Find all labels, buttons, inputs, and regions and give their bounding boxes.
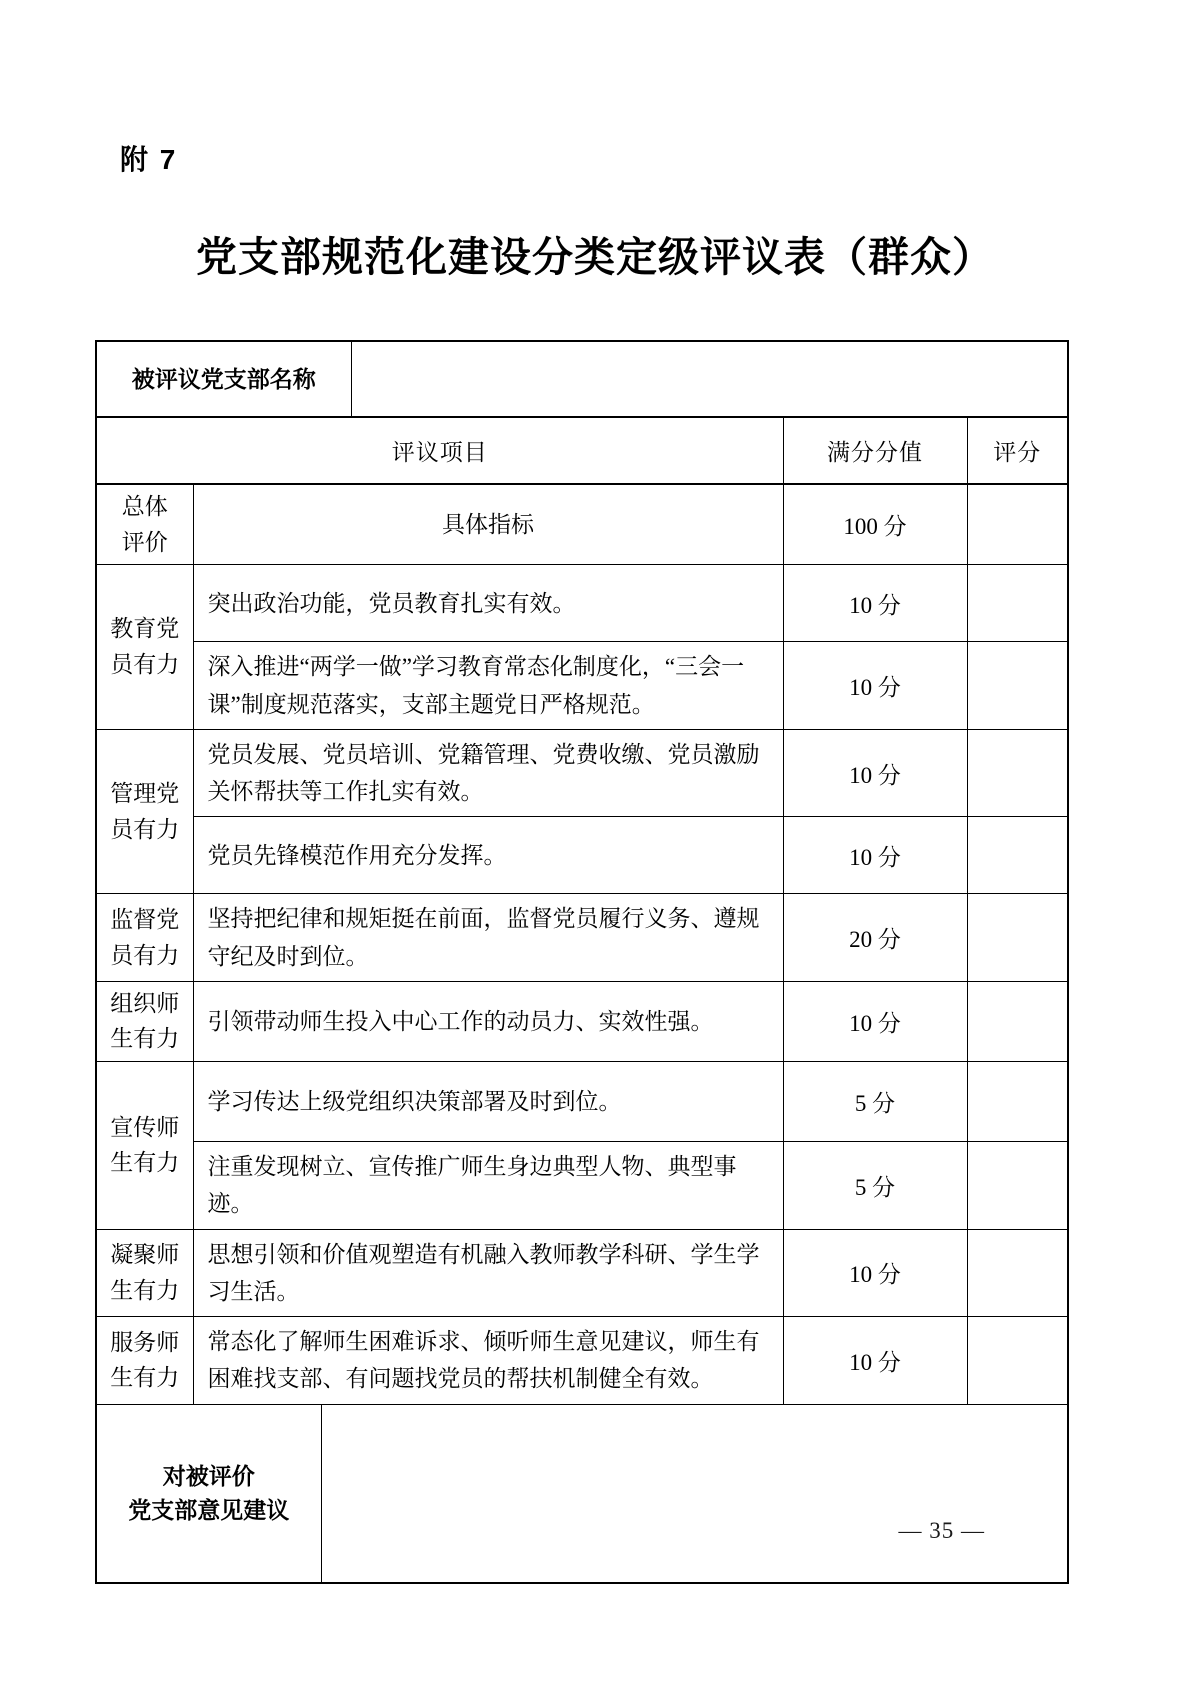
score-value	[967, 729, 1068, 817]
category-organize: 组织师 生有力	[96, 981, 193, 1061]
score-value	[967, 1229, 1068, 1317]
max-score-value: 10 分	[783, 1317, 967, 1405]
max-score-value: 10 分	[783, 565, 967, 642]
max-score-value: 10 分	[783, 642, 967, 730]
page-title: 党支部规范化建设分类定级评议表（群众）	[0, 224, 1190, 283]
branch-name-label: 被评议党支部名称	[96, 341, 351, 417]
indicator-text: 常态化了解师生困难诉求、倾听师生意见建议，师生有困难找支部、有问题找党员的帮扶机…	[193, 1317, 783, 1405]
category-publicize: 宣传师 生有力	[96, 1062, 193, 1230]
max-score-value: 100 分	[783, 484, 967, 565]
table-row: 管理党 员有力 党员发展、党员培训、党籍管理、党费收缴、党员激励关怀帮扶等工作扎…	[96, 729, 1068, 817]
indicator-text: 深入推进“两学一做”学习教育常态化制度化，“三会一课”制度规范落实，支部主题党日…	[193, 642, 783, 730]
category-serve: 服务师 生有力	[96, 1317, 193, 1405]
document-page: 附 7 党支部规范化建设分类定级评议表（群众） 被评议党支部名称 评议项目 满分…	[0, 0, 1190, 1683]
category-educate: 教育党 员有力	[96, 565, 193, 730]
max-score-value: 10 分	[783, 981, 967, 1061]
comment-label: 对被评价 党支部意见建议	[96, 1404, 321, 1583]
indicator-text: 学习传达上级党组织决策部署及时到位。	[193, 1062, 783, 1142]
column-header-score: 评分	[967, 417, 1068, 484]
score-value	[967, 1062, 1068, 1142]
score-value	[967, 642, 1068, 730]
indicator-text: 党员先锋模范作用充分发挥。	[193, 817, 783, 894]
column-header-item: 评议项目	[96, 417, 783, 484]
score-value	[967, 894, 1068, 982]
score-value	[967, 565, 1068, 642]
category-supervise: 监督党 员有力	[96, 894, 193, 982]
table-row: 深入推进“两学一做”学习教育常态化制度化，“三会一课”制度规范落实，支部主题党日…	[96, 642, 1068, 730]
table-row: 教育党 员有力 突出政治功能，党员教育扎实有效。 10 分	[96, 565, 1068, 642]
table-row: 党员先锋模范作用充分发挥。 10 分	[96, 817, 1068, 894]
table-row: 凝聚师 生有力 思想引领和价值观塑造有机融入教师教学科研、学生学习生活。 10 …	[96, 1229, 1068, 1317]
category-unite: 凝聚师 生有力	[96, 1229, 193, 1317]
category-overall: 总体 评价	[96, 484, 193, 565]
review-table: 被评议党支部名称 评议项目 满分分值 评分 总体 评价 具体指标 100 分 教…	[95, 340, 1069, 1584]
table-row: 监督党 员有力 坚持把纪律和规矩挺在前面，监督党员履行义务、遵规守纪及时到位。 …	[96, 894, 1068, 982]
category-manage: 管理党 员有力	[96, 729, 193, 894]
max-score-value: 5 分	[783, 1142, 967, 1230]
table-row: 宣传师 生有力 学习传达上级党组织决策部署及时到位。 5 分	[96, 1062, 1068, 1142]
indicator-text: 坚持把纪律和规矩挺在前面，监督党员履行义务、遵规守纪及时到位。	[193, 894, 783, 982]
table-row: 总体 评价 具体指标 100 分	[96, 484, 1068, 565]
column-header-max-score: 满分分值	[783, 417, 967, 484]
indicator-text: 引领带动师生投入中心工作的动员力、实效性强。	[193, 981, 783, 1061]
max-score-value: 10 分	[783, 729, 967, 817]
table-row: 组织师 生有力 引领带动师生投入中心工作的动员力、实效性强。 10 分	[96, 981, 1068, 1061]
attachment-label: 附 7	[120, 138, 177, 178]
indicator-text: 注重发现树立、宣传推广师生身边典型人物、典型事迹。	[193, 1142, 783, 1230]
page-number: — 35 —	[899, 1518, 986, 1544]
table-row: 注重发现树立、宣传推广师生身边典型人物、典型事迹。 5 分	[96, 1142, 1068, 1230]
score-value	[967, 1142, 1068, 1230]
table-row: 对被评价 党支部意见建议	[96, 1404, 1068, 1583]
score-value	[967, 981, 1068, 1061]
table-row: 服务师 生有力 常态化了解师生困难诉求、倾听师生意见建议，师生有困难找支部、有问…	[96, 1317, 1068, 1405]
max-score-value: 5 分	[783, 1062, 967, 1142]
table-row: 被评议党支部名称	[96, 341, 1068, 417]
comment-value	[321, 1404, 1068, 1583]
branch-name-value	[351, 341, 1068, 417]
indicator-text: 思想引领和价值观塑造有机融入教师教学科研、学生学习生活。	[193, 1229, 783, 1317]
score-value	[967, 484, 1068, 565]
indicator-text: 突出政治功能，党员教育扎实有效。	[193, 565, 783, 642]
max-score-value: 20 分	[783, 894, 967, 982]
score-value	[967, 1317, 1068, 1405]
indicator-text: 具体指标	[193, 484, 783, 565]
indicator-text: 党员发展、党员培训、党籍管理、党费收缴、党员激励关怀帮扶等工作扎实有效。	[193, 729, 783, 817]
max-score-value: 10 分	[783, 1229, 967, 1317]
table-header-row: 评议项目 满分分值 评分	[96, 417, 1068, 484]
score-value	[967, 817, 1068, 894]
max-score-value: 10 分	[783, 817, 967, 894]
